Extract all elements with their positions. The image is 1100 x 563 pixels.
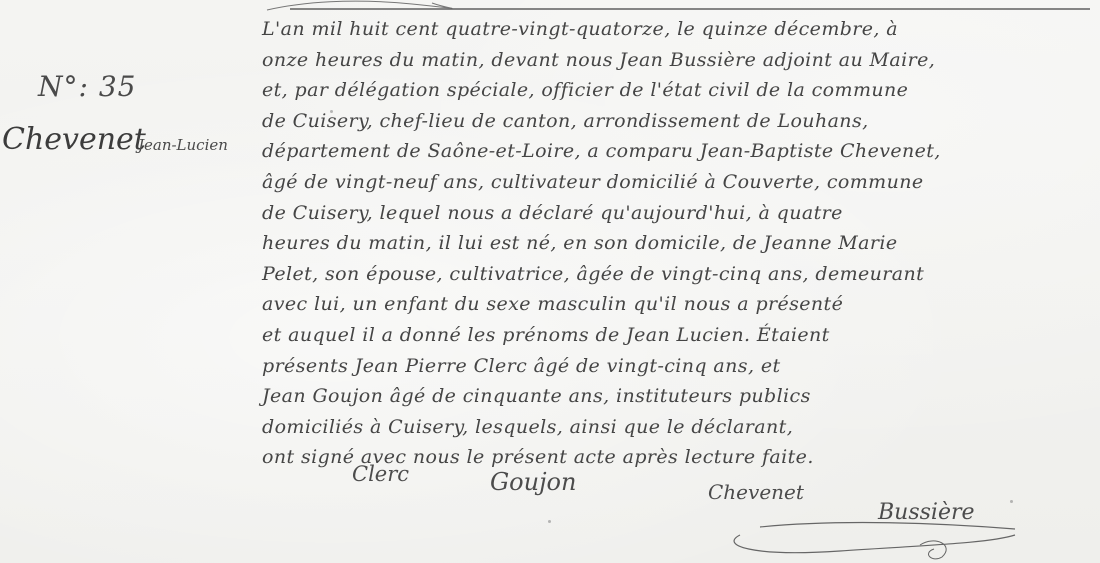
signature-clerc: Clerc (352, 462, 409, 486)
act-line: de Cuisery, chef-lieu de canton, arrondi… (262, 106, 1092, 137)
act-line: et auquel il a donné les prénoms de Jean… (262, 320, 1092, 351)
act-line: département de Saône-et-Loire, a comparu… (262, 136, 1092, 167)
act-line: âgé de vingt-neuf ans, cultivateur domic… (262, 167, 1092, 198)
signature-goujon: Goujon (490, 468, 576, 496)
signature-flourish-ornament (720, 505, 1020, 561)
act-body-text: L'an mil huit cent quatre-vingt-quatorze… (262, 14, 1092, 473)
top-rule-divider (290, 8, 1090, 10)
margin-given-names: Jean-Lucien (138, 136, 228, 154)
act-line: heures du matin, il lui est né, en son d… (262, 228, 1092, 259)
record-number: N°: 35 (38, 70, 136, 103)
paper-speck (1010, 500, 1013, 503)
act-line: et, par délégation spéciale, officier de… (262, 75, 1092, 106)
act-line: présents Jean Pierre Clerc âgé de vingt-… (262, 351, 1092, 382)
act-line: L'an mil huit cent quatre-vingt-quatorze… (262, 14, 1092, 45)
paper-speck (330, 110, 333, 113)
act-line: de Cuisery, lequel nous a déclaré qu'auj… (262, 198, 1092, 229)
act-line: domiciliés à Cuisery, lesquels, ainsi qu… (262, 412, 1092, 443)
register-page: N°: 35 Chevenet Jean-Lucien L'an mil hui… (0, 0, 1100, 563)
act-line: onze heures du matin, devant nous Jean B… (262, 45, 1092, 76)
act-line: Jean Goujon âgé de cinquante ans, instit… (262, 381, 1092, 412)
act-line: Pelet, son épouse, cultivatrice, âgée de… (262, 259, 1092, 290)
top-flourish-ornament (262, 0, 462, 14)
paper-speck (548, 520, 551, 523)
act-line: avec lui, un enfant du sexe masculin qu'… (262, 289, 1092, 320)
signature-chevenet: Chevenet (708, 480, 804, 504)
margin-surname: Chevenet (2, 122, 146, 157)
